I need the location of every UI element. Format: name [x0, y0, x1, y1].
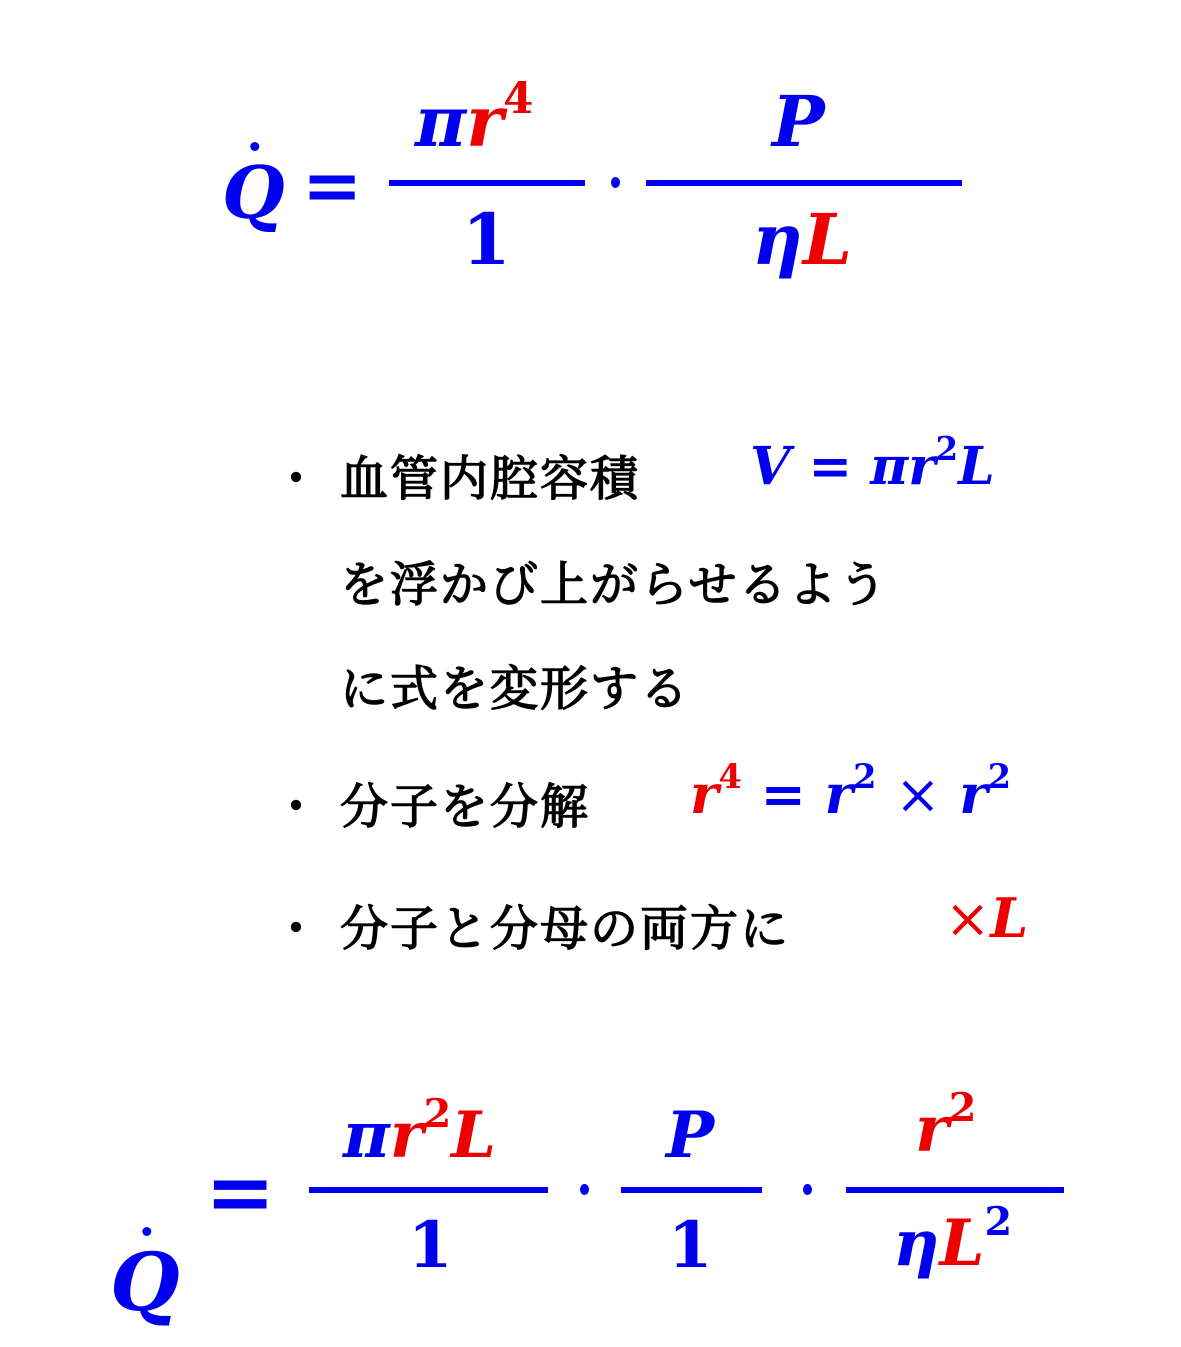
multiplication-dot: [580, 1184, 589, 1195]
formula-2: Q = πr2L 1 P 1 r2 ηL2: [0, 85, 1181, 179]
q-dot-symbol: Q: [222, 150, 285, 235]
fraction-bar: [646, 180, 962, 186]
bullet-text-line-2: を浮かび上がらせるよう: [340, 546, 889, 615]
bullet-marker: ・: [272, 440, 320, 509]
l-symbol: L: [803, 198, 852, 281]
exponent: 4: [503, 73, 533, 124]
l-symbol: L: [990, 886, 1028, 950]
bullet-text-line-3: に式を変形する: [340, 650, 690, 719]
bullet-text: 血管内腔容積: [340, 440, 640, 509]
fraction-2-numerator: P: [772, 80, 825, 163]
v-symbol: V: [750, 436, 790, 497]
multiplication-dot: [803, 1184, 812, 1195]
l-symbol: L: [958, 436, 995, 497]
fraction-1-denominator: 1: [462, 198, 511, 281]
exponent: 2: [988, 757, 1011, 796]
equals-sign: =: [205, 1142, 275, 1241]
eta-symbol: η: [752, 198, 803, 281]
exponent: 2: [936, 430, 958, 468]
r-symbol: r: [908, 436, 935, 497]
bullet-text: 分子と分母の両方に: [340, 890, 790, 959]
exponent: 2: [949, 1085, 977, 1131]
equals-sign: =: [302, 142, 362, 227]
fraction-bar: [389, 180, 585, 186]
r-symbol: r: [390, 1098, 424, 1173]
r-symbol: r: [915, 1092, 949, 1167]
exponent: 2: [424, 1091, 452, 1137]
bullet-marker: ・: [272, 768, 320, 837]
multiply-l-formula: ×L: [945, 886, 1028, 950]
fraction-3-numerator: r2: [915, 1092, 976, 1167]
r-symbol: r: [690, 762, 718, 826]
exponent: 4: [718, 757, 741, 796]
times-sign: ×: [945, 887, 990, 950]
volume-formula: V = πr2L: [750, 436, 995, 497]
bullet-marker: ・: [272, 890, 320, 959]
fraction-2-denominator: ηL: [752, 198, 852, 281]
pi-symbol: π: [870, 436, 908, 497]
fraction-1-denominator: 1: [408, 1208, 453, 1283]
r-symbol: r: [959, 762, 987, 826]
times-sign: ×: [895, 763, 940, 826]
equals-sign: =: [808, 436, 852, 497]
q-dot-symbol: Q: [110, 1235, 180, 1329]
bullet-text: 分子を分解: [340, 768, 590, 837]
r-symbol: r: [825, 762, 853, 826]
l-symbol: L: [940, 1206, 985, 1281]
fraction-1-numerator: πr2L: [343, 1098, 496, 1173]
l-symbol: L: [451, 1098, 496, 1173]
exponent: 2: [985, 1199, 1013, 1245]
exponent: 2: [853, 757, 876, 796]
multiplication-dot: [611, 177, 620, 188]
r-symbol: r: [466, 80, 503, 163]
pi-symbol: π: [415, 80, 466, 163]
fraction-1-numerator: πr4: [415, 80, 533, 163]
fraction-bar: [846, 1187, 1064, 1193]
fraction-2-numerator: P: [666, 1098, 714, 1173]
fraction-3-denominator: ηL2: [893, 1206, 1012, 1281]
eta-symbol: η: [893, 1206, 940, 1281]
equals-sign: =: [761, 762, 806, 826]
decomposition-formula: r4 = r2 × r2: [690, 762, 1011, 826]
fraction-2-denominator: 1: [668, 1208, 713, 1283]
pi-symbol: π: [343, 1098, 390, 1173]
fraction-bar: [309, 1187, 548, 1193]
formula-1: Q = πr4 1 P ηL: [0, 0, 1181, 85]
fraction-bar: [621, 1187, 762, 1193]
